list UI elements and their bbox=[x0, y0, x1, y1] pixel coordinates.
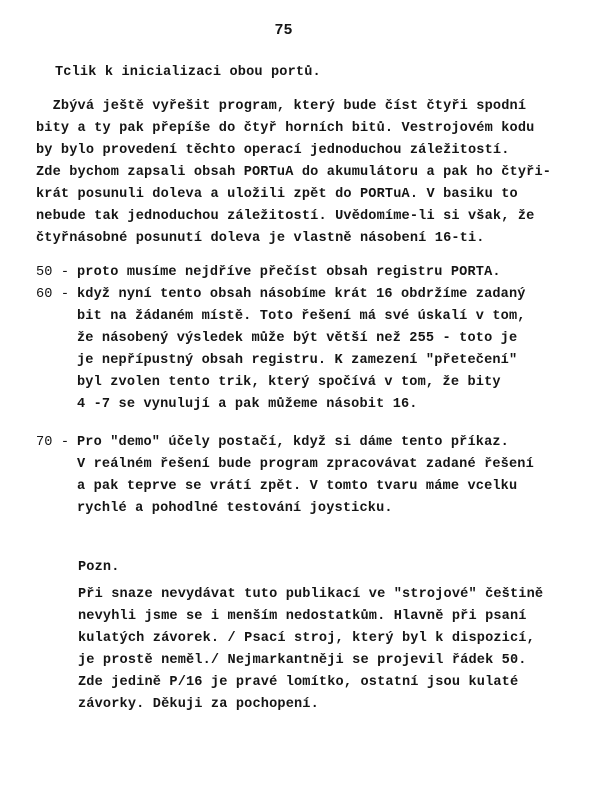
section-heading: Tclik k inicializaci obou portů. bbox=[55, 64, 321, 82]
note-line: 4 -7 se vynulují a pak můžeme násobit 16… bbox=[77, 396, 418, 414]
paragraph-line: by bylo provedení těchto operací jednodu… bbox=[36, 142, 510, 160]
footnote-line: je prostě neměl./ Nejmarkantněji se proj… bbox=[78, 652, 527, 670]
note-line: bit na žádaném místě. Toto řešení má své… bbox=[77, 308, 526, 326]
line-number: 50 - bbox=[36, 264, 69, 282]
note-line: a pak teprve se vrátí zpět. V tomto tvar… bbox=[77, 478, 517, 496]
paragraph-line: Zde bychom zapsali obsah PORTuA do akumu… bbox=[36, 164, 551, 182]
note-line: rychlé a pohodlné testování joysticku. bbox=[77, 500, 393, 518]
paragraph-line: Zbývá ještě vyřešit program, který bude … bbox=[36, 98, 526, 116]
footnote-line: Při snaze nevydávat tuto publikací ve "s… bbox=[78, 586, 543, 604]
footnote-line: nevyhli jsme se i menším nedostatkům. Hl… bbox=[78, 608, 527, 626]
line-number: 60 - bbox=[36, 286, 69, 304]
footnote-line: závorky. Děkuji za pochopení. bbox=[78, 696, 319, 714]
note-line: když nyní tento obsah násobíme krát 16 o… bbox=[77, 286, 526, 304]
note-line: že násobený výsledek může být větší než … bbox=[77, 330, 517, 348]
footnote-line: Zde jedině P/16 je pravé lomítko, ostatn… bbox=[78, 674, 518, 692]
note-line: byl zvolen tento trik, který spočívá v t… bbox=[77, 374, 501, 392]
footnote-title: Pozn. bbox=[78, 559, 120, 577]
note-line: proto musíme nejdříve přečíst obsah regi… bbox=[77, 264, 501, 282]
footnote-line: kulatých závorek. / Psací stroj, který b… bbox=[78, 630, 535, 648]
paragraph-line: čtyřnásobné posunutí doleva je vlastně n… bbox=[36, 230, 485, 248]
note-line: V reálném řešení bude program zpracováva… bbox=[77, 456, 534, 474]
note-line: Pro "demo" účely postačí, když si dáme t… bbox=[77, 434, 509, 452]
paragraph-line: krát posunuli doleva a uložili zpět do P… bbox=[36, 186, 518, 204]
line-number: 70 - bbox=[36, 434, 69, 452]
paragraph-line: bity a ty pak přepíše do čtyř horních bi… bbox=[36, 120, 534, 138]
page-number: 75 bbox=[0, 22, 567, 39]
paragraph-line: nebude tak jednoduchou záležitostí. Uvěd… bbox=[36, 208, 534, 226]
note-line: je nepřípustný obsah registru. K zamezen… bbox=[77, 352, 517, 370]
